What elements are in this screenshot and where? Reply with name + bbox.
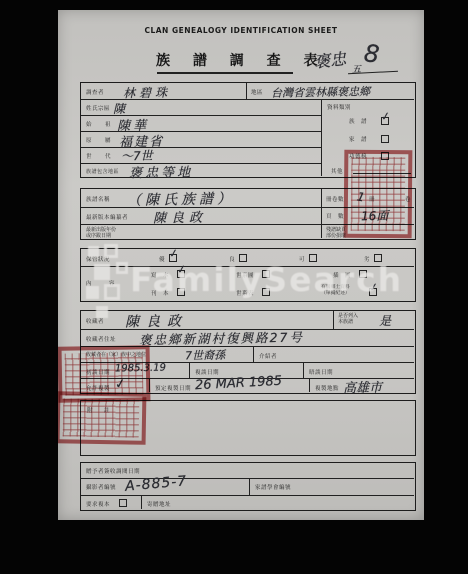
copy-place-value: 高雄市 — [343, 377, 382, 397]
check-mark-icon: ✓ — [168, 246, 179, 260]
investigator-label: 調查者 — [86, 88, 104, 96]
divider — [81, 163, 321, 164]
meeting-date-label: 晤談日期 — [309, 368, 333, 376]
investigator-value: 林碧珠 — [123, 84, 171, 102]
familysearch-logo-block — [96, 306, 108, 318]
founder-label: 始 祖 — [86, 120, 115, 128]
checkbox — [119, 499, 127, 507]
origin-label: 原 屬 — [86, 136, 115, 144]
red-seal-stamp — [344, 150, 413, 239]
second-interview-label: 複談日期 — [195, 368, 219, 376]
checkbox — [381, 135, 389, 143]
divider — [333, 311, 334, 329]
compiler-label: 最新版本編纂者 — [86, 213, 128, 221]
familysearch-logo-block — [88, 246, 99, 257]
sheet-title-en: CLAN GENEALOGY IDENTIFICATION SHEET — [98, 26, 384, 35]
divider — [189, 362, 190, 378]
familysearch-watermark: FamilySearch — [130, 260, 403, 299]
divider — [81, 495, 414, 496]
donor-receipt-date-label: 贈予者簽收調閱日期 — [86, 467, 140, 475]
divider — [246, 83, 247, 99]
familysearch-logo-block — [104, 244, 118, 258]
coverage-label: 族譜包含地區 — [86, 168, 119, 175]
divider — [141, 495, 142, 509]
handwritten-area-name: 褒忠 — [313, 46, 348, 73]
red-seal-stamp — [56, 391, 147, 445]
footer-table: 贈予者簽收調閱日期 攝影者編號 A-885-7 家譜學會編號 要求複本 寄贈地址 — [80, 462, 416, 511]
category-option-label: 其他 — [331, 167, 343, 175]
title-underline — [157, 72, 293, 74]
generations-label: 世 代 — [86, 152, 115, 160]
familysearch-logo-block — [94, 264, 110, 280]
divider — [309, 378, 310, 392]
pages-label: 頁 數 — [326, 212, 344, 220]
handwritten-page-number: 8 — [363, 39, 381, 68]
copy-place-label: 複製地點 — [315, 384, 339, 392]
copy-date-label: 預定複製日期 — [155, 384, 191, 392]
area-label: 地區 — [251, 88, 263, 96]
form-paper: CLAN GENEALOGY IDENTIFICATION SHEET 族 譜 … — [58, 10, 424, 520]
holder-address-label: 收藏者住址 — [86, 335, 116, 343]
category-option-label: 族 譜 — [349, 117, 367, 125]
holder-position-value: 7世裔孫 — [185, 347, 225, 364]
divider — [321, 99, 322, 176]
holder-name-value: 陳良政 — [125, 310, 188, 331]
area-value: 台灣省雲林縣褒忠鄉 — [271, 83, 370, 101]
society-number-label: 家譜學會編號 — [255, 483, 291, 491]
familysearch-logo-block — [86, 286, 99, 299]
introducer-label: 介紹者 — [259, 352, 277, 360]
familysearch-logo-block — [104, 284, 120, 300]
included-value: 是 — [379, 312, 391, 329]
included-in-genealogy-label: 是否列入 本族譜 — [338, 313, 358, 326]
surname-label: 姓氏宗匾 — [86, 104, 110, 112]
film-number-value: A-885-7 — [124, 473, 187, 494]
scanned-document-viewer: CLAN GENEALOGY IDENTIFICATION SHEET 族 譜 … — [0, 0, 468, 574]
familysearch-logo-block — [116, 262, 128, 274]
holder-address-value: 褒忠鄉新湖村復興路27号 — [139, 328, 304, 349]
holder-label: 收藏者 — [86, 317, 104, 325]
copy-date-value: 26 MAR 1985 — [195, 374, 283, 394]
compiler-value: 陳良政 — [153, 207, 207, 227]
divider — [249, 478, 250, 495]
copy-request-label: 要求複本 — [86, 500, 110, 508]
publication-year-label: 最新出版年份 或序跋日期 — [86, 227, 116, 240]
book-title-label: 族譜名稱 — [86, 195, 110, 203]
category-label: 資料類別 — [327, 103, 351, 111]
send-address-label: 寄贈地址 — [147, 500, 171, 508]
divider — [321, 189, 322, 238]
divider — [81, 147, 321, 148]
divider — [253, 346, 254, 362]
divider — [303, 362, 304, 378]
check-mark-icon: ✓ — [380, 109, 391, 123]
category-option-label: 家 譜 — [349, 135, 367, 143]
form-title: 族 譜 調 查 表 — [156, 50, 327, 70]
coverage-value: 褒忠等地 — [129, 161, 193, 181]
film-number-label: 攝影者編號 — [86, 483, 116, 491]
volumes-label: 冊卷數 — [326, 195, 344, 203]
